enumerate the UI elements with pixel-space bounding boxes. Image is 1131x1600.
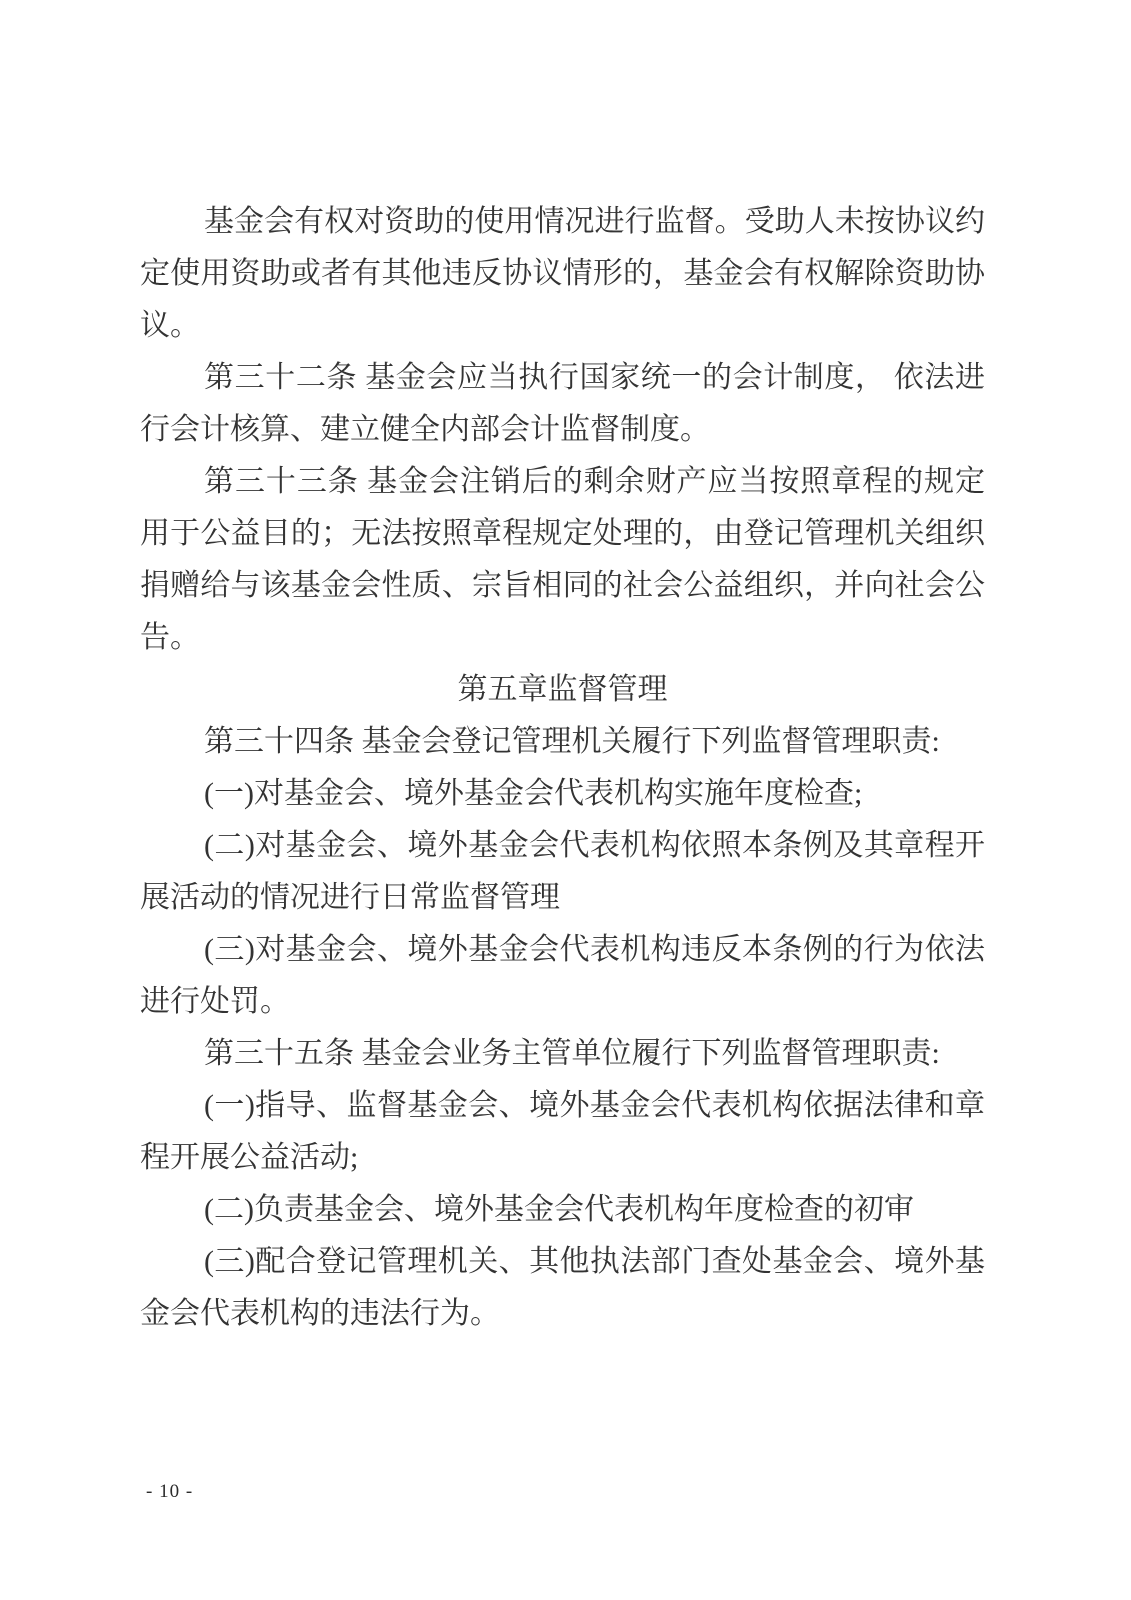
paragraph: (二)对基金会、境外基金会代表机构依照本条例及其章程开展活动的情况进行日常监督管… — [140, 820, 985, 924]
paragraph: (一)对基金会、境外基金会代表机构实施年度检查; — [140, 768, 985, 820]
paragraph: 基金会有权对资助的使用情况进行监督。受助人未按协议约定使用资助或者有其他违反协议… — [140, 196, 985, 352]
paragraph: 第三十二条 基金会应当执行国家统一的会计制度， 依法进行会计核算、建立健全内部会… — [140, 352, 985, 456]
document-body: 基金会有权对资助的使用情况进行监督。受助人未按协议约定使用资助或者有其他违反协议… — [140, 196, 985, 1340]
document-page: 基金会有权对资助的使用情况进行监督。受助人未按协议约定使用资助或者有其他违反协议… — [0, 0, 1131, 1600]
paragraph: (三)配合登记管理机关、其他执法部门查处基金会、境外基金会代表机构的违法行为。 — [140, 1236, 985, 1340]
paragraph: 第三十三条 基金会注销后的剩余财产应当按照章程的规定用于公益目的；无法按照章程规… — [140, 456, 985, 664]
page-number: - 10 - — [146, 1480, 193, 1504]
paragraph: (三)对基金会、境外基金会代表机构违反本条例的行为依法进行处罚。 — [140, 924, 985, 1028]
paragraph: 第三十四条 基金会登记管理机关履行下列监督管理职责: — [140, 716, 985, 768]
paragraph: (二)负责基金会、境外基金会代表机构年度检查的初审 — [140, 1184, 985, 1236]
chapter-heading: 第五章监督管理 — [140, 664, 985, 716]
paragraph: (一)指导、监督基金会、境外基金会代表机构依据法律和章程开展公益活动; — [140, 1080, 985, 1184]
paragraph: 第三十五条 基金会业务主管单位履行下列监督管理职责: — [140, 1028, 985, 1080]
